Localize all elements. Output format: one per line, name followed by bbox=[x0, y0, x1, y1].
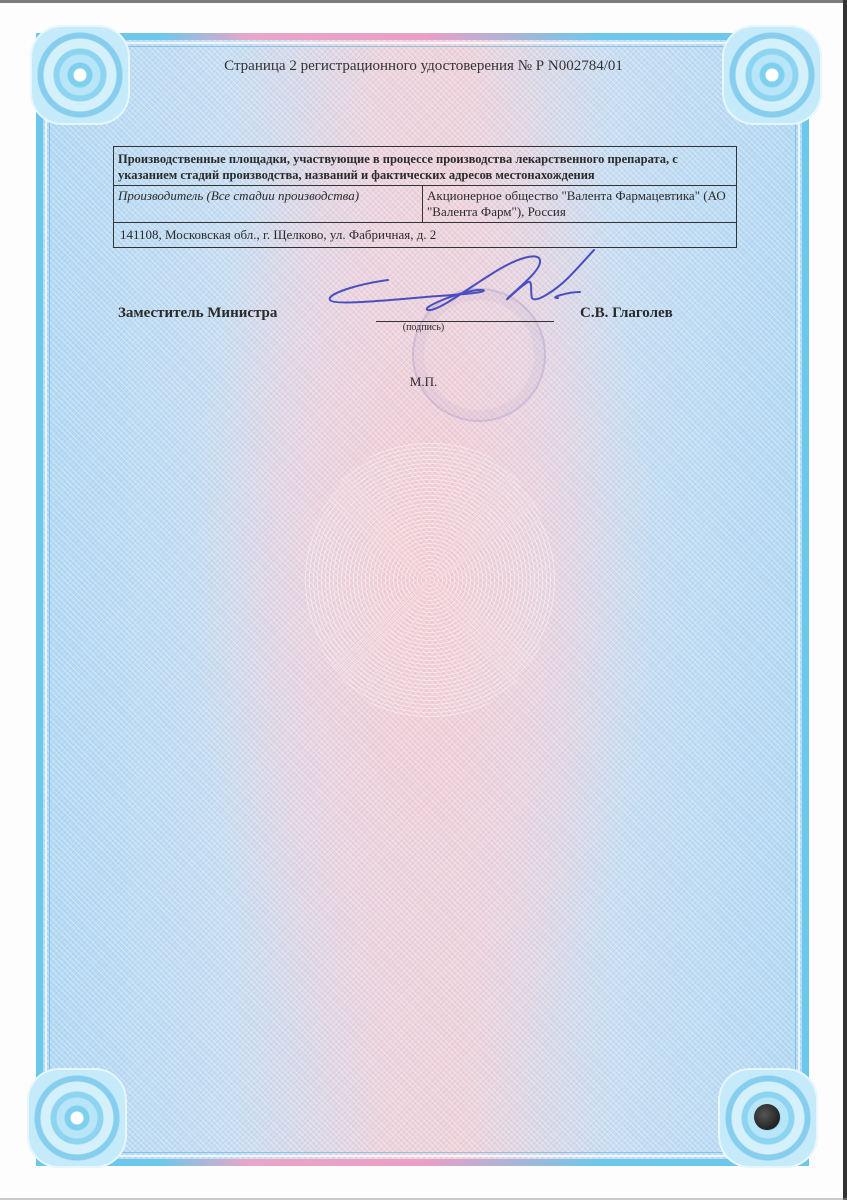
scan-edge-right bbox=[843, 0, 847, 1200]
frame-pink-band-bottom bbox=[160, 1159, 600, 1166]
rosette-corner-icon bbox=[27, 1068, 127, 1168]
table-row: 141108, Московская обл., г. Щелково, ул.… bbox=[114, 223, 737, 248]
scan-edge-top bbox=[0, 0, 847, 3]
punch-hole bbox=[754, 1104, 780, 1130]
table-heading-row: Производственные площадки, участвующие в… bbox=[114, 147, 737, 186]
rosette-corner-icon bbox=[722, 25, 822, 125]
manufacturer-organization: Акционерное общество "Валента Фармацевти… bbox=[423, 186, 737, 223]
handwritten-signature-icon bbox=[318, 248, 608, 318]
signer-title: Заместитель Министра bbox=[118, 305, 277, 322]
table-row: Производитель (Все стадии производства) … bbox=[114, 186, 737, 223]
seal-label: М.П. bbox=[0, 374, 847, 390]
table-heading: Производственные площадки, участвующие в… bbox=[114, 147, 737, 186]
guilloche-center-pattern bbox=[305, 440, 555, 720]
frame-pink-band-top bbox=[160, 33, 600, 40]
page-header: Страница 2 регистрационного удостоверени… bbox=[0, 58, 847, 75]
production-sites-table: Производственные площадки, участвующие в… bbox=[113, 146, 737, 248]
rosette-corner-icon bbox=[30, 25, 130, 125]
signature-caption: (подпись) bbox=[0, 322, 847, 333]
manufacturer-role: Производитель (Все стадии производства) bbox=[114, 186, 423, 223]
manufacturer-address: 141108, Московская обл., г. Щелково, ул.… bbox=[114, 223, 737, 248]
